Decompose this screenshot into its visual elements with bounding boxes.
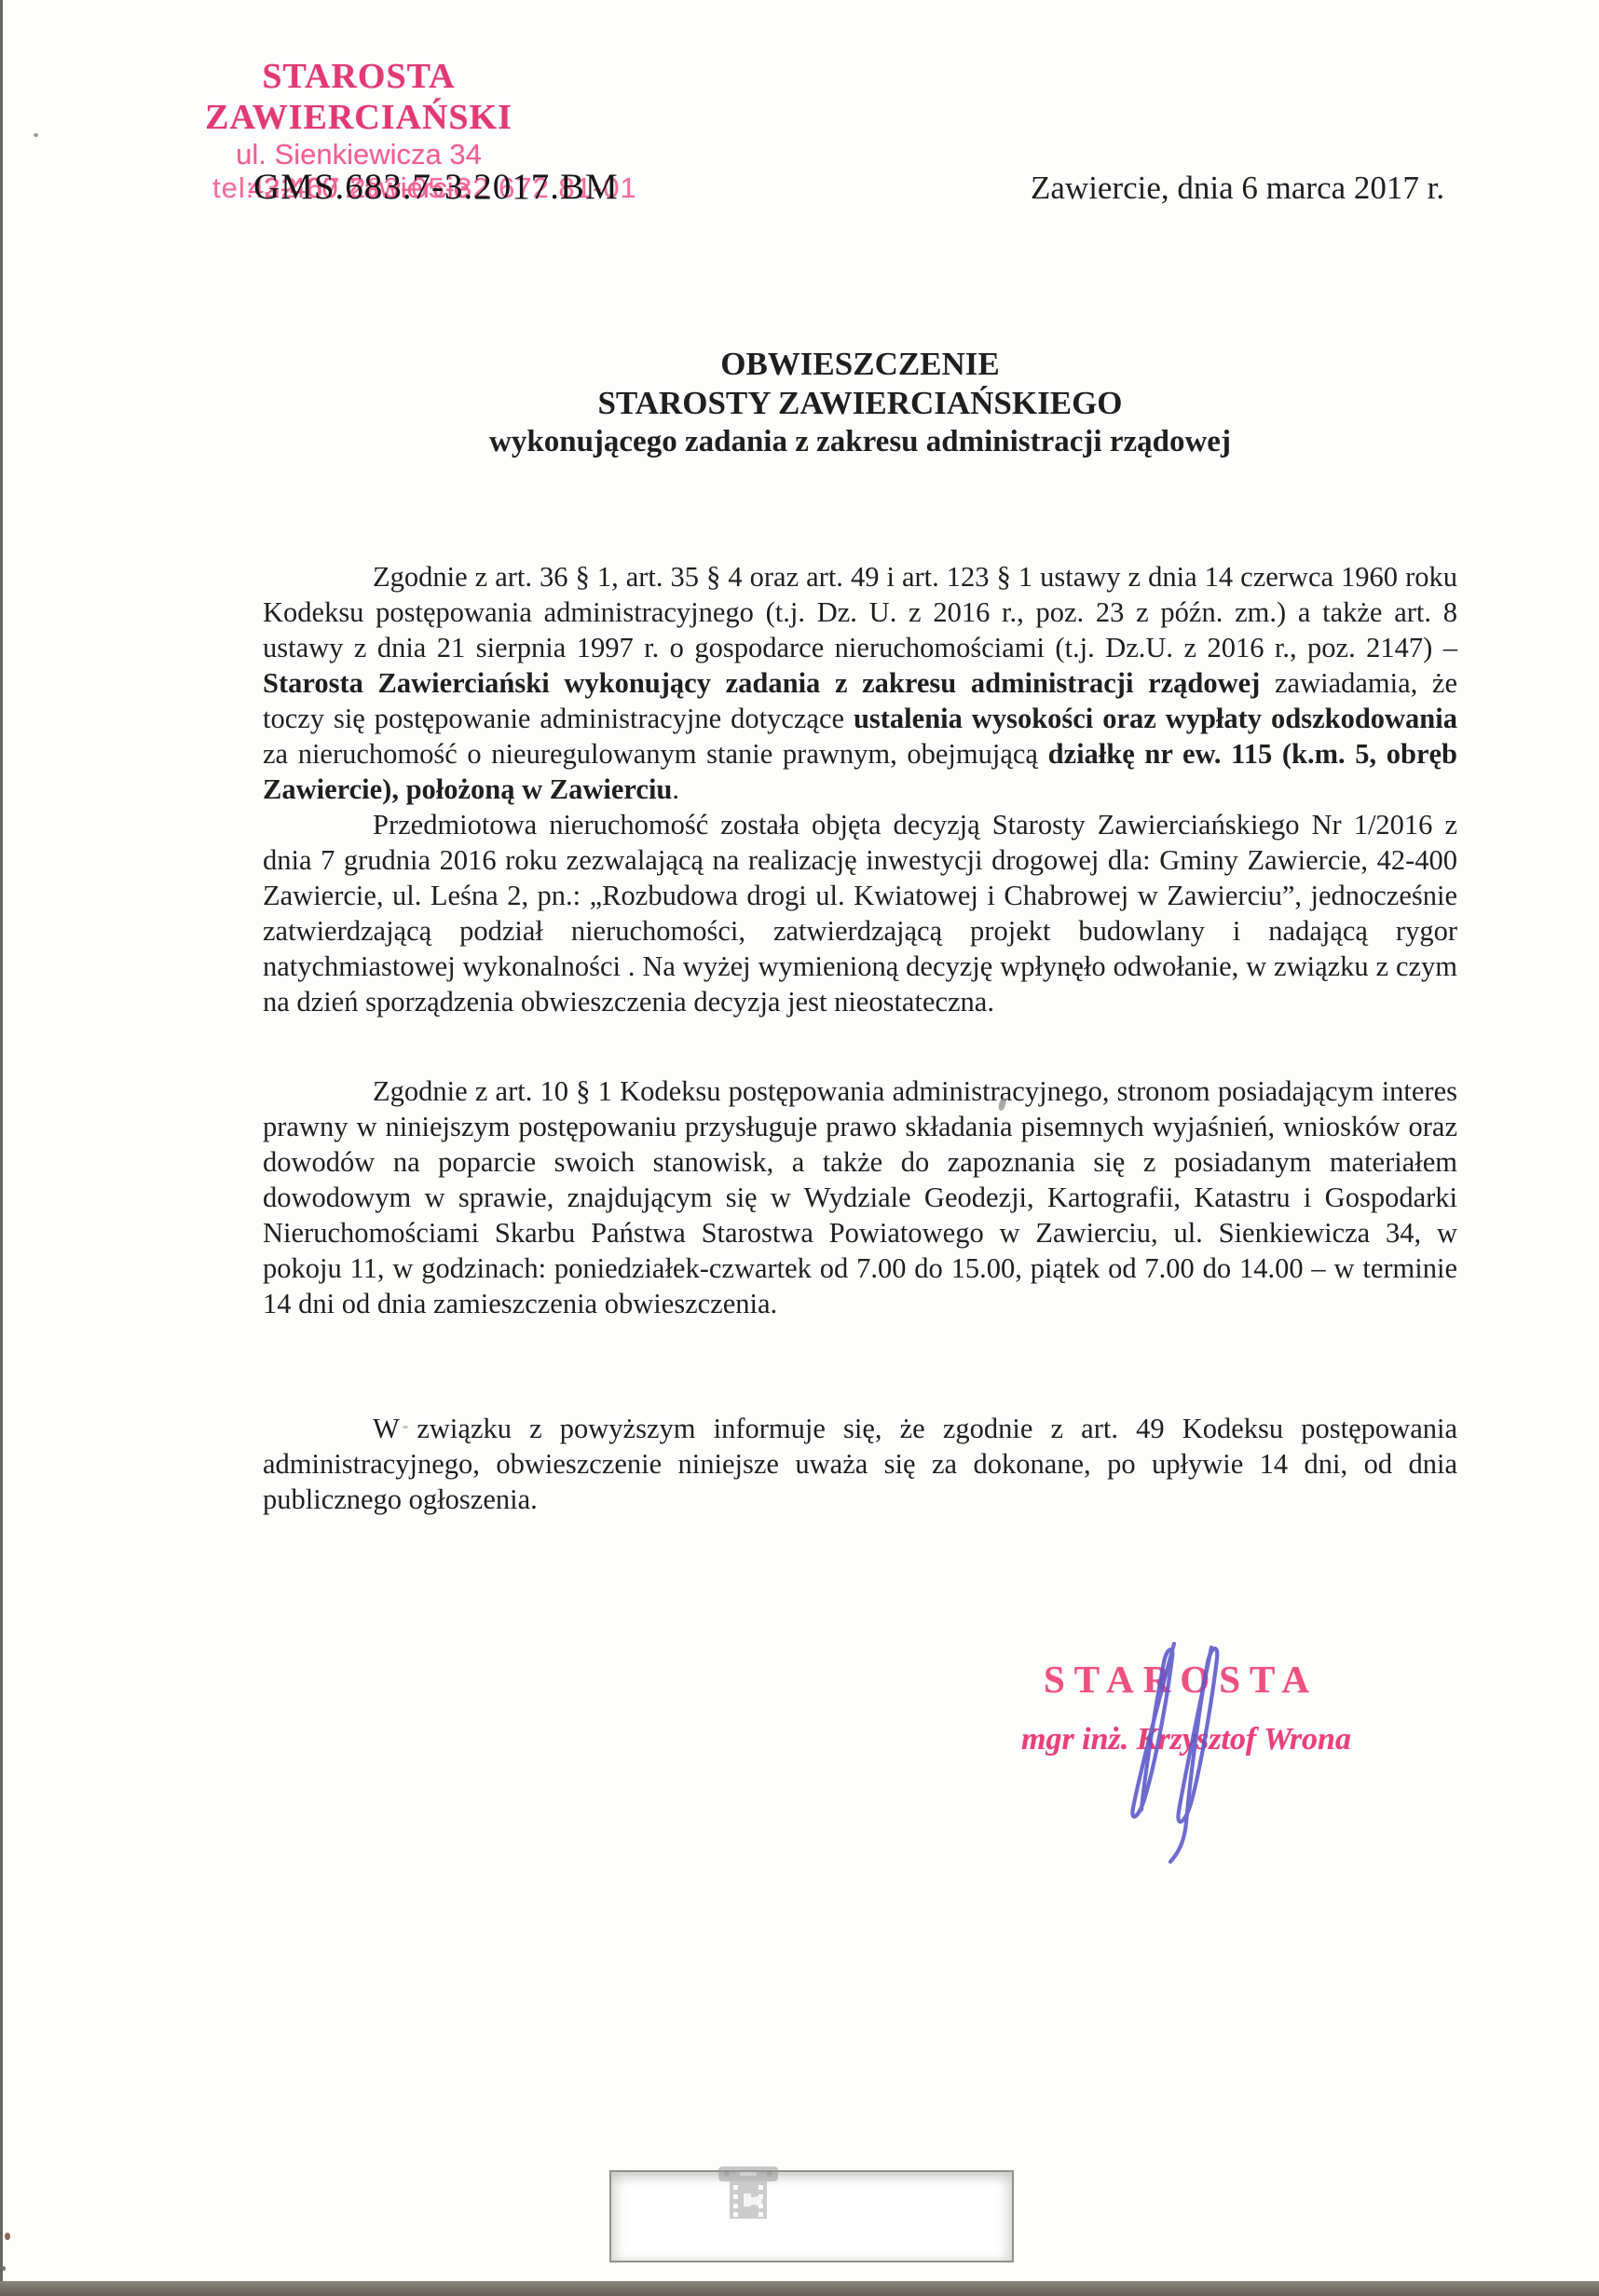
paragraph-decision-info: Przedmiotowa nieruchomość została objęta… [263, 807, 1457, 1019]
scan-speck [403, 1426, 408, 1428]
handwritten-signature-scrawl [1107, 1640, 1247, 1864]
document-body: Zgodnie z art. 36 § 1, art. 35 § 4 oraz … [263, 559, 1457, 1517]
paragraph-rights-info: Zgodnie z art. 10 § 1 Kodeksu postępowan… [263, 1073, 1457, 1321]
title-line-2: STAROSTY ZAWIERCIAŃSKIEGO [263, 384, 1457, 423]
film-strip-icon [717, 2166, 779, 2221]
scan-edge-bottom [0, 2281, 1599, 2296]
case-reference-number: GMS.683.7-3.2017.BM [253, 166, 619, 208]
scan-speck [34, 133, 38, 137]
title-line-1: OBWIESZCZENIE [263, 345, 1457, 384]
document-title: OBWIESZCZENIE STAROSTY ZAWIERCIAŃSKIEGO … [263, 345, 1457, 460]
paragraph-legal-basis: Zgodnie z art. 36 § 1, art. 35 § 4 oraz … [263, 559, 1457, 807]
scan-speck [5, 2233, 10, 2240]
paragraph-effective-date: W związku z powyższym informuje się, że … [263, 1411, 1457, 1517]
title-line-3: wykonującego zadania z zakresu administr… [263, 423, 1457, 460]
place-and-date: Zawiercie, dnia 6 marca 2017 r. [1031, 170, 1444, 207]
scanned-document-page: STAROSTA ZAWIERCIAŃSKI ul. Sienkiewicza … [0, 0, 1599, 2296]
scan-speck [2, 2266, 6, 2271]
scan-artifact-box [609, 2170, 1014, 2262]
scan-edge-left [0, 0, 3, 2296]
sender-stamp-name: STAROSTA ZAWIERCIAŃSKI [140, 56, 578, 138]
